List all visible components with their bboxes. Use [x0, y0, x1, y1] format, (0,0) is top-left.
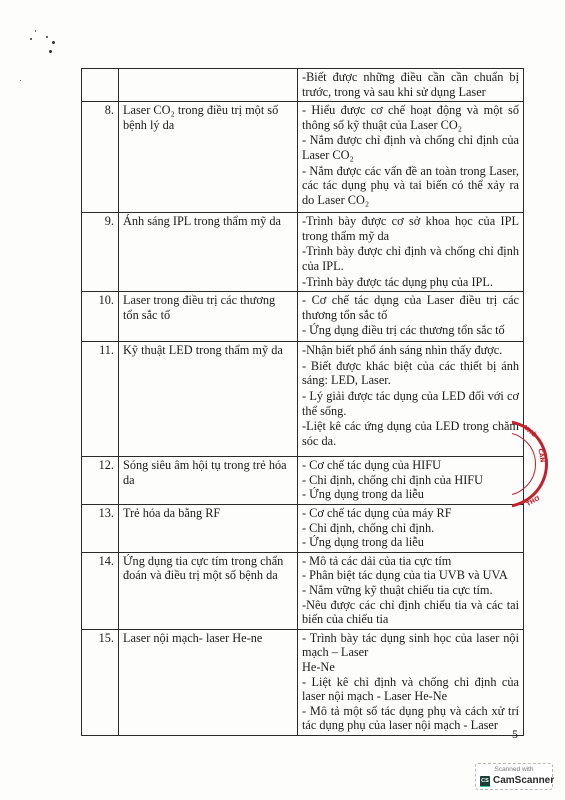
objective-item: - Nắm được chỉ định và chống chỉ định củ… — [302, 133, 519, 162]
objective-item: - Cơ chế tác dụng của HIFU — [302, 458, 519, 473]
objective-item: - Cơ chế tác dụng của Laser điều trị các… — [302, 293, 519, 322]
row-number: 14. — [82, 552, 119, 629]
row-objectives: - Cơ chế tác dụng của Laser điều trị các… — [298, 292, 524, 342]
table-row: 9.Ánh sáng IPL trong thẩm mỹ da-Trình bà… — [82, 213, 524, 292]
table-row: 8.Laser CO₂ trong điều trị một số bệnh l… — [82, 102, 524, 213]
row-topic: Ánh sáng IPL trong thẩm mỹ da — [119, 213, 298, 292]
objective-item: - Mô tả các dải của tia cực tím — [302, 554, 519, 569]
objective-item: - Phân biệt tác dụng của tia UVB và UVA — [302, 568, 519, 583]
objective-item: - Cơ chế tác dụng của máy RF — [302, 506, 519, 521]
table-row: 14.Ứng dụng tia cực tím trong chẩn đoán … — [82, 552, 524, 629]
objective-item: -Nêu được các chỉ định chiếu tia và các … — [302, 598, 519, 627]
camscanner-logo-icon: CS — [480, 776, 490, 787]
row-objectives: - Hiểu được cơ chế hoạt động và một số t… — [298, 102, 524, 213]
scan-noise — [0, 0, 60, 120]
objective-item: - Hiểu được cơ chế hoạt động và một số t… — [302, 103, 519, 132]
row-objectives: - Mô tả các dải của tia cực tím- Phân bi… — [298, 552, 524, 629]
table-row: 13.Trẻ hóa da bằng RF- Cơ chế tác dụng c… — [82, 504, 524, 552]
row-number: 8. — [82, 102, 119, 213]
row-number: 12. — [82, 457, 119, 505]
watermark-brand: CamScanner — [493, 775, 554, 786]
row-number — [82, 69, 119, 102]
objective-item: - Ứng dụng trong da liễu — [302, 487, 519, 502]
row-topic: Sóng siêu âm hội tụ trong trẻ hóa da — [119, 457, 298, 505]
row-objectives: - Cơ chế tác dụng của máy RF- Chỉ định, … — [298, 504, 524, 552]
row-number: 15. — [82, 629, 119, 735]
objective-item: - Trình bày tác dụng sinh học của laser … — [302, 631, 519, 660]
objective-item: - Ứng dụng điều trị các thương tổn sắc t… — [302, 323, 519, 338]
objective-item: -Nhận biết phổ ánh sáng nhìn thấy được. — [302, 343, 519, 358]
objective-item: - Chỉ định, chống chỉ định của HIFU — [302, 473, 519, 488]
table-row: 12.Sóng siêu âm hội tụ trong trẻ hóa da-… — [82, 457, 524, 505]
objective-item: - Chỉ định, chống chỉ định. — [302, 521, 519, 536]
objective-item: - Biết được khác biệt của các thiết bị á… — [302, 359, 519, 388]
row-number: 10. — [82, 292, 119, 342]
row-objectives: - Cơ chế tác dụng của HIFU- Chỉ định, ch… — [298, 457, 524, 505]
objective-item: - Mô tả một số tác dụng phụ và cách xử t… — [302, 704, 519, 733]
table-row: 11.Kỹ thuật LED trong thẩm mỹ da-Nhận bi… — [82, 342, 524, 457]
syllabus-table: -Biết được những điều cần cần chuẩn bị t… — [81, 68, 524, 736]
row-number: 11. — [82, 342, 119, 457]
row-objectives: -Biết được những điều cần cần chuẩn bị t… — [298, 69, 524, 102]
camscanner-watermark: Scanned with CS CamScanner — [475, 763, 553, 790]
row-objectives: -Trình bày được cơ sở khoa học của IPL t… — [298, 213, 524, 292]
objective-item: -Biết được những điều cần cần chuẩn bị t… — [302, 70, 519, 99]
watermark-caption: Scanned with — [476, 766, 552, 773]
objective-item: - Nắm được các vấn đề an toàn trong Lase… — [302, 164, 519, 208]
row-topic: Laser nội mạch- laser He-ne — [119, 629, 298, 735]
row-objectives: -Nhận biết phổ ánh sáng nhìn thấy được.-… — [298, 342, 524, 457]
table-row: -Biết được những điều cần cần chuẩn bị t… — [82, 69, 524, 102]
row-number: 9. — [82, 213, 119, 292]
objective-item: -Liệt kê các ứng dụng của LED trong chăm… — [302, 419, 519, 448]
objective-item: - Lý giải được tác dụng của LED đối với … — [302, 389, 519, 418]
table-row: 10.Laser trong điều trị các thương tổn s… — [82, 292, 524, 342]
objective-item: - Nắm vững kỹ thuật chiếu tia cực tím. — [302, 583, 519, 598]
objective-item: - Liệt kê chỉ định và chống chỉ định của… — [302, 675, 519, 704]
row-topic: Laser CO₂ trong điều trị một số bệnh lý … — [119, 102, 298, 213]
red-seal-stamp: NHÓ CẦN THƠ — [512, 418, 552, 514]
row-topic — [119, 69, 298, 102]
page-number: 5 — [512, 727, 518, 742]
objective-item: - Ứng dụng trong da liễu — [302, 535, 519, 550]
objective-item: -Trình bày được tác dụng phụ của IPL. — [302, 275, 519, 290]
row-objectives: - Trình bày tác dụng sinh học của laser … — [298, 629, 524, 735]
objective-item: -Trình bày được cơ sở khoa học của IPL t… — [302, 214, 519, 243]
row-number: 13. — [82, 504, 119, 552]
row-topic: Laser trong điều trị các thương tổn sắc … — [119, 292, 298, 342]
row-topic: Kỹ thuật LED trong thẩm mỹ da — [119, 342, 298, 457]
row-topic: Trẻ hóa da bằng RF — [119, 504, 298, 552]
row-topic: Ứng dụng tia cực tím trong chẩn đoán và … — [119, 552, 298, 629]
objective-item: He-Ne — [302, 660, 519, 675]
table-row: 15.Laser nội mạch- laser He-ne- Trình bà… — [82, 629, 524, 735]
objective-item: -Trình bày được chỉ định và chống chỉ đị… — [302, 244, 519, 273]
